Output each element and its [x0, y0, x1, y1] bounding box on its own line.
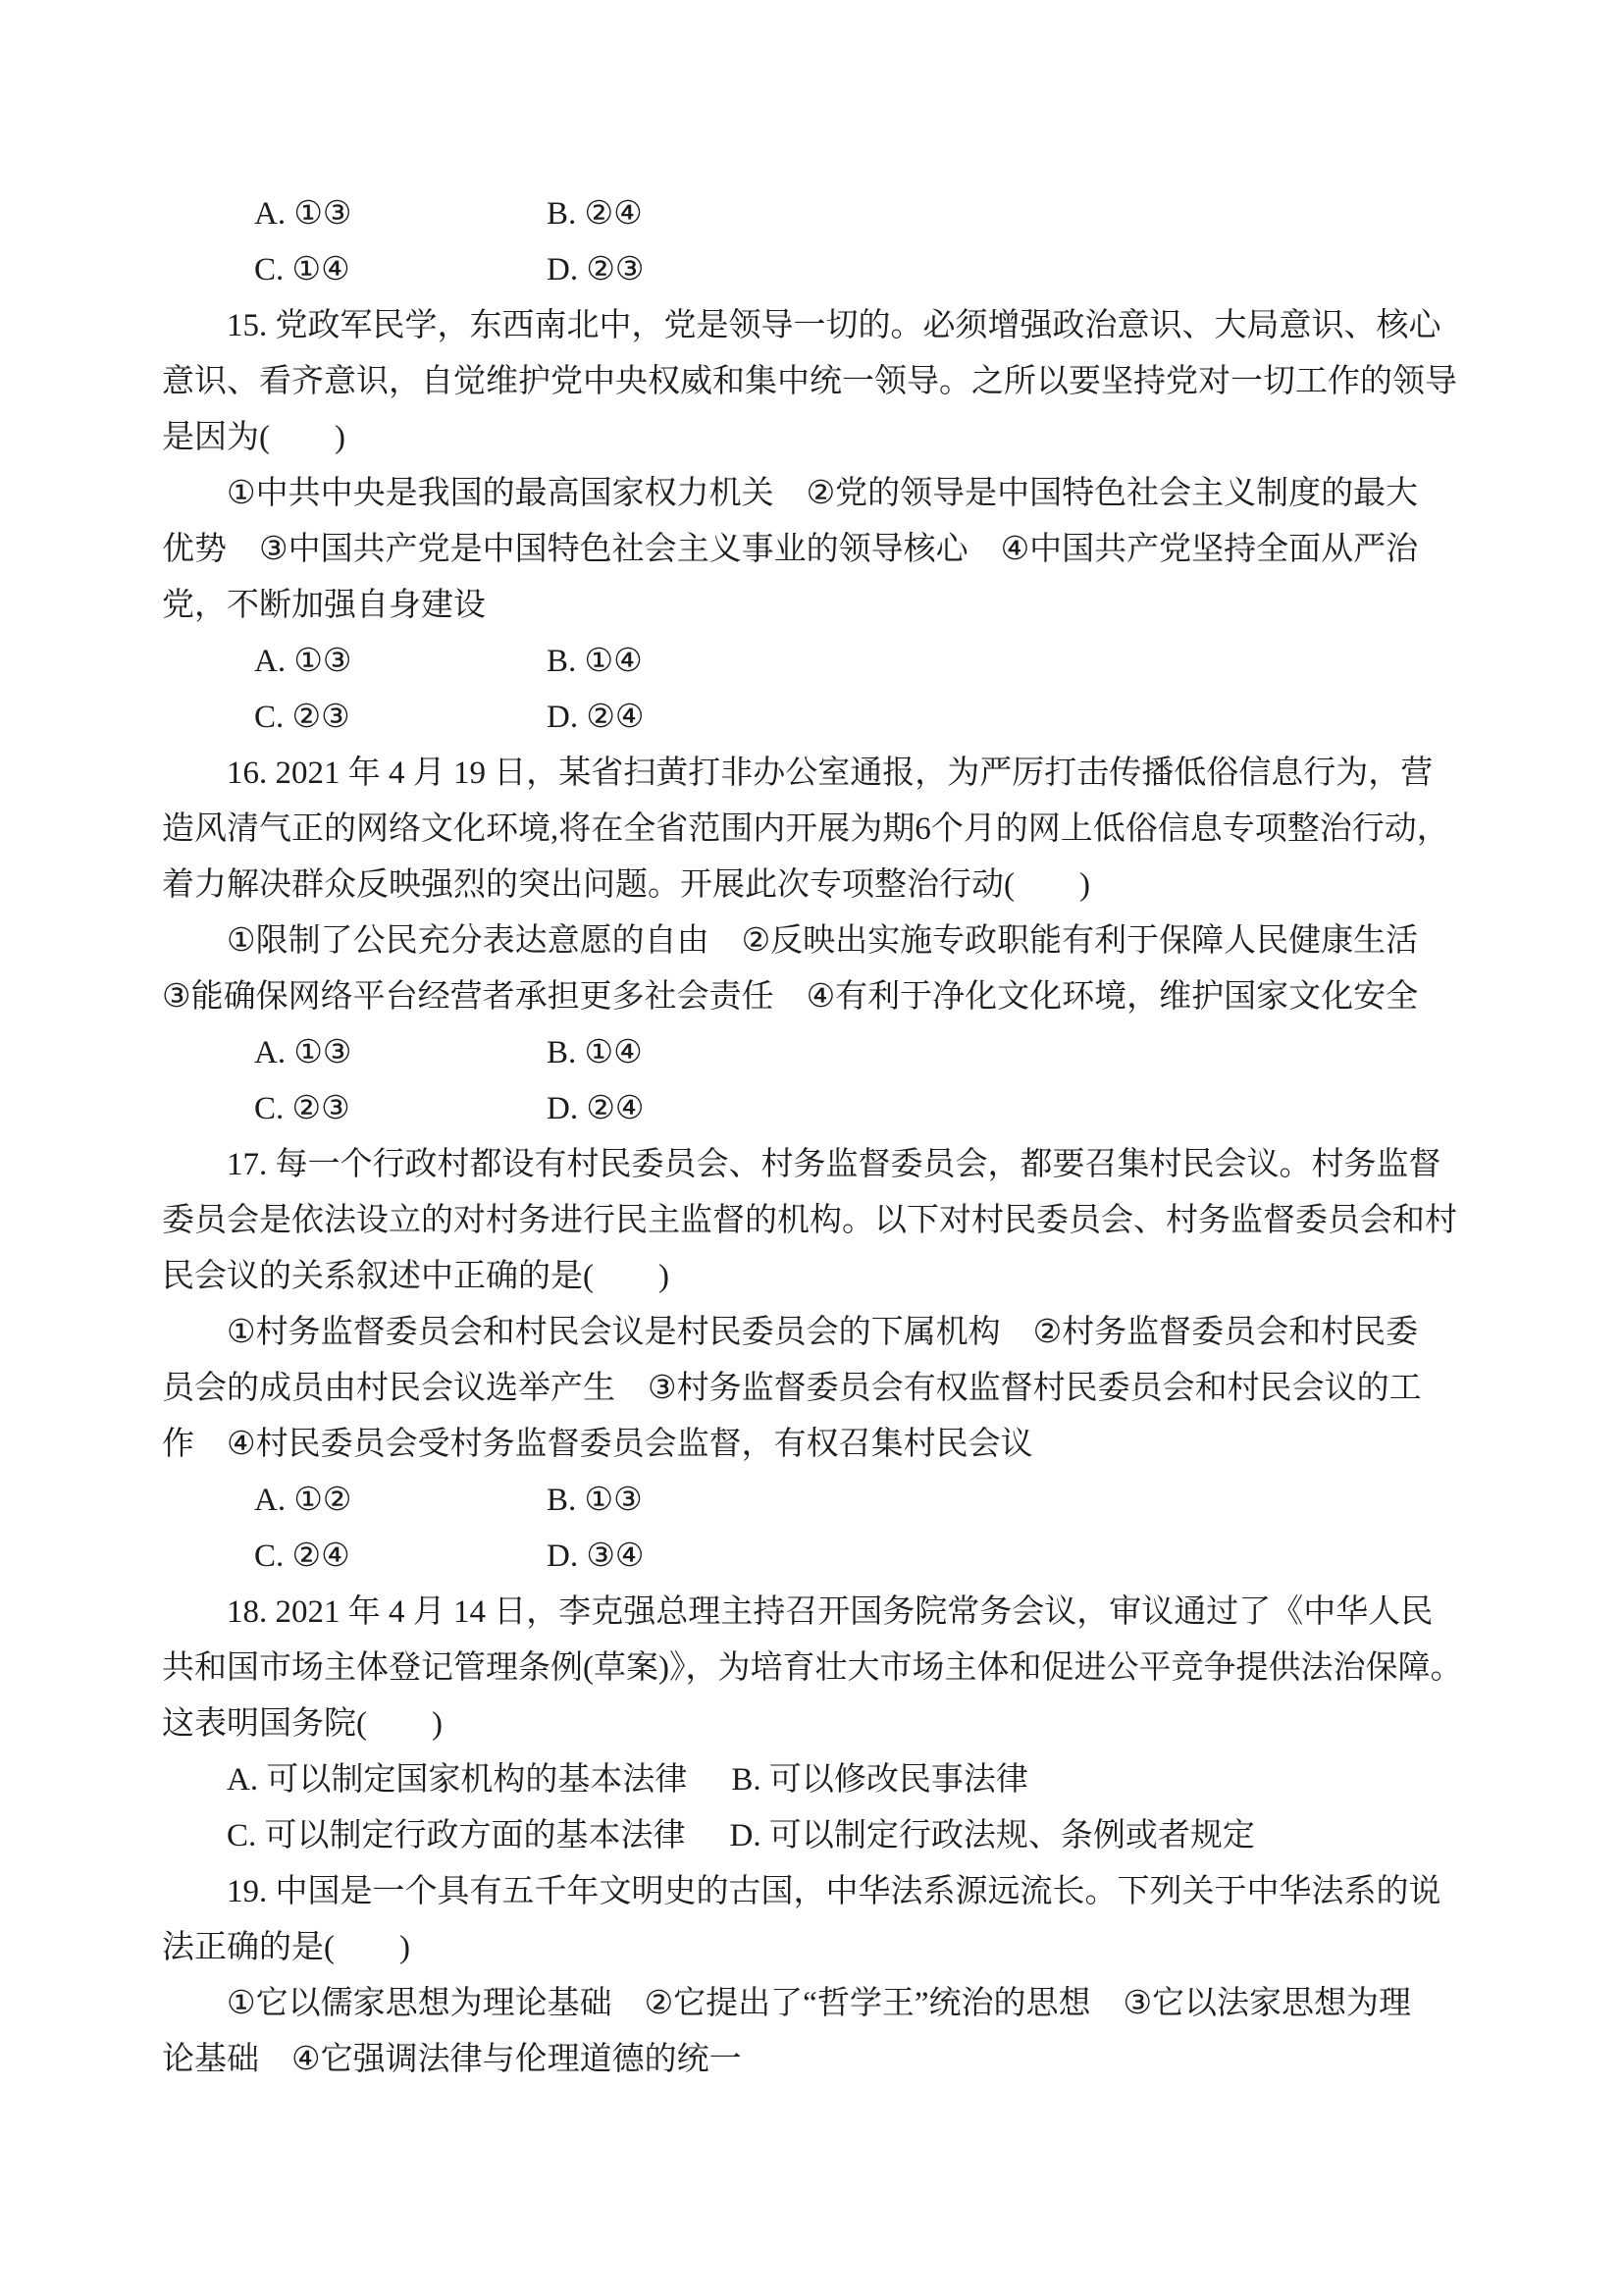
choice-b: B. ①④: [547, 634, 643, 690]
question-17-choice-row: A. ①②B. ①③: [162, 1473, 1472, 1529]
exam-document-page: { "page": { "background": "#ffffff", "te…: [0, 0, 1623, 2296]
question-18-choice-row: C. 可以制定行政方面的基本法律D. 可以制定行政法规、条例或者规定: [162, 1808, 1472, 1864]
question-16-text-line: ①限制了公民充分表达意愿的自由 ②反映出实施专政职能有利于保障人民健康生活: [162, 913, 1472, 969]
choice-b: D. 可以制定行政法规、条例或者规定: [730, 1808, 1255, 1864]
choice-b: D. ③④: [547, 1529, 645, 1585]
exam-text-body: A. ①③B. ②④C. ①④D. ②③15. 党政军民学，东西南北中，党是领导…: [162, 186, 1472, 2088]
question-18-text-line: 18. 2021 年 4 月 14 日，李克强总理主持召开国务院常务会议，审议通…: [162, 1585, 1472, 1641]
question-15-text-line: 意识、看齐意识，自觉维护党中央权威和集中统一领导。之所以要坚持党对一切工作的领导: [162, 354, 1472, 410]
choice-a: A. 可以制定国家机构的基本法律: [227, 1752, 687, 1808]
choice-b: B. ①④: [547, 1025, 643, 1081]
question-19-text-line: 论基础 ④它强调法律与伦理道德的统一: [162, 2032, 1472, 2088]
question-14-choices-choice-row: C. ①④D. ②③: [162, 242, 1472, 298]
question-17-text-line: ①村务监督委员会和村民会议是村民委员会的下属机构 ②村务监督委员会和村民委: [162, 1305, 1472, 1361]
question-15-choice-row: A. ①③B. ①④: [162, 634, 1472, 690]
question-15-text-line: ①中共中央是我国的最高国家权力机关 ②党的领导是中国特色社会主义制度的最大: [162, 466, 1472, 522]
question-19-text-line: ①它以儒家思想为理论基础 ②它提出了“哲学王”统治的思想 ③它以法家思想为理: [162, 1976, 1472, 2032]
choice-a: A. ①③: [254, 634, 352, 690]
question-15-text-line: 优势 ③中国共产党是中国特色社会主义事业的领导核心 ④中国共产党坚持全面从严治: [162, 522, 1472, 578]
choice-a: C. 可以制定行政方面的基本法律: [227, 1808, 686, 1864]
question-15-text-line: 15. 党政军民学，东西南北中，党是领导一切的。必须增强政治意识、大局意识、核心: [162, 298, 1472, 354]
choice-a: C. ①④: [254, 242, 350, 298]
choice-a: C. ②④: [254, 1529, 350, 1585]
question-17-text-line: 民会议的关系叙述中正确的是( ): [162, 1249, 1472, 1305]
choice-b: D. ②③: [547, 242, 645, 298]
question-15-text-line: 党，不断加强自身建设: [162, 578, 1472, 634]
question-19-text-line: 19. 中国是一个具有五千年文明史的古国，中华法系源远流长。下列关于中华法系的说: [162, 1864, 1472, 1920]
question-18-text-line: 这表明国务院( ): [162, 1696, 1472, 1752]
question-16-text-line: ③能确保网络平台经营者承担更多社会责任 ④有利于净化文化环境，维护国家文化安全: [162, 969, 1472, 1025]
question-15-text-line: 是因为( ): [162, 410, 1472, 466]
question-16-text-line: 着力解决群众反映强烈的突出问题。开展此次专项整治行动( ): [162, 858, 1472, 913]
choice-a: A. ①③: [254, 186, 352, 242]
choice-b: B. ①③: [547, 1473, 643, 1529]
choice-b: D. ②④: [547, 1081, 645, 1137]
choice-a: C. ②③: [254, 1081, 350, 1137]
question-16-choice-row: C. ②③D. ②④: [162, 1081, 1472, 1137]
question-17-text-line: 作 ④村民委员会受村务监督委员会监督，有权召集村民会议: [162, 1417, 1472, 1473]
question-14-choices-choice-row: A. ①③B. ②④: [162, 186, 1472, 242]
question-16-text-line: 16. 2021 年 4 月 19 日，某省扫黄打非办公室通报，为严厉打击传播低…: [162, 746, 1472, 802]
choice-a: A. ①③: [254, 1025, 352, 1081]
choice-a: C. ②③: [254, 690, 350, 746]
question-17-choice-row: C. ②④D. ③④: [162, 1529, 1472, 1585]
question-17-text-line: 员会的成员由村民会议选举产生 ③村务监督委员会有权监督村民委员会和村民会议的工: [162, 1361, 1472, 1417]
question-18-choice-row: A. 可以制定国家机构的基本法律B. 可以修改民事法律: [162, 1752, 1472, 1808]
choice-b: B. 可以修改民事法律: [731, 1752, 1028, 1808]
question-18-text-line: 共和国市场主体登记管理条例(草案)》，为培育壮大市场主体和促进公平竞争提供法治保…: [162, 1641, 1472, 1696]
choice-a: A. ①②: [254, 1473, 352, 1529]
question-15-choice-row: C. ②③D. ②④: [162, 690, 1472, 746]
question-17-text-line: 委员会是依法设立的对村务进行民主监督的机构。以下对村民委员会、村务监督委员会和村: [162, 1193, 1472, 1249]
question-16-text-line: 造风清气正的网络文化环境,将在全省范围内开展为期6个月的网上低俗信息专项整治行动…: [162, 802, 1472, 858]
choice-b: B. ②④: [547, 186, 643, 242]
question-17-text-line: 17. 每一个行政村都设有村民委员会、村务监督委员会，都要召集村民会议。村务监督: [162, 1137, 1472, 1193]
choice-b: D. ②④: [547, 690, 645, 746]
question-19-text-line: 法正确的是( ): [162, 1920, 1472, 1976]
question-16-choice-row: A. ①③B. ①④: [162, 1025, 1472, 1081]
